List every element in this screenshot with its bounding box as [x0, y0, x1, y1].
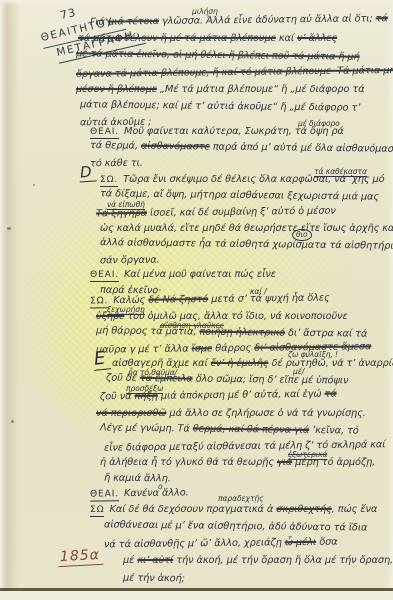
text-segment: ἡ ἀλήθεια ἦ τό γλυκό θά τά θεωρῇς — [100, 457, 277, 468]
manuscript-line: μέσον ἤ βλέπομε „Μέ τά μάτια βλέπουμε“ ἤ… — [76, 85, 365, 95]
text-segment: σάν ὄργανα. — [100, 255, 160, 267]
manuscript-line: ΘΕΑΙ. Μοῦ φαίνεται καλύτερα, Σωκράτη, τά… — [90, 127, 344, 137]
text-segment: ὅλο σῶμα; — [193, 374, 250, 386]
manuscript-line: ΘΕΑΙ. Καί μένα μοῦ φαίνεται πώς εἶνε — [90, 270, 276, 280]
manuscript-line: μέ κι’ αὐτί τήν ἀκοή, μέ τήν ὄραση ἤ ὅλα… — [123, 556, 393, 566]
interlinear-insertion: ο — [158, 482, 163, 491]
speaker-label: ΘΕΑΙ. — [90, 269, 119, 282]
text-segment: ὅσα — [316, 537, 338, 548]
text-segment: δι’ ἄστρα καί τά — [285, 328, 367, 340]
struck-text: τά — [324, 389, 336, 400]
struck-text: ν’ ἄλλες — [297, 33, 337, 44]
interlinear-insertion: παραδεχτῇς — [218, 494, 264, 503]
text-segment: δέ ρωτηθῶ, νά τ’ ἀναρρίξῃ — [268, 358, 393, 369]
text-segment: μαῦρα γ μέ τ’ ἄλλα — [96, 344, 192, 356]
speaker-label: ΘΕΑΙ. — [90, 488, 119, 501]
interlinear-insertion: ἐξωτερικά — [288, 450, 327, 460]
stephanus-page-185a: 185α — [58, 547, 104, 567]
text-segment: μά ἄλλο σε ζηλήρωσε ὁ νά τά γνωρίσῃς. — [166, 408, 365, 419]
speaker-label: ΣΩ. — [100, 174, 118, 187]
text-segment: τοῦ ὁμιλῶ μας, ἄλλα τό ἴδιο, νά κοινοποι… — [124, 311, 347, 322]
interlinear-insertion: θιο — [292, 229, 312, 241]
interlinear-insertion: καί / — [250, 287, 267, 296]
struck-text: ὦ μέλι — [285, 537, 317, 548]
interlinear-insertion: προσδέξω — [126, 384, 163, 394]
interlinear-insertion: μέ διάφορο — [298, 119, 340, 128]
manuscript-line: ἡ ἀλήθεια ἦ τό γλυκό θά τά θεωρῇς γιά μέ… — [100, 458, 375, 468]
page-number: 73 — [59, 5, 78, 25]
page-left-edge-shadow — [0, 0, 20, 600]
text-segment: Καί δέ θά δεχόσουν πραγματικά ἀ — [106, 504, 276, 515]
interlinear-insertion: τά καθέκαστα — [314, 167, 367, 177]
manuscript-line: τό κάθε τι. — [90, 159, 143, 169]
manuscript-line: ὡς καλά μυαλά, εἴτε μηδέ θά θεωρήσετε εἴ… — [100, 224, 393, 234]
manuscript-line: ΣΩ Καί δέ θά δεχόσουν πραγματικά ἀ σκριθ… — [90, 505, 377, 515]
speaker-label: ΣΩ — [90, 504, 104, 517]
text-segment: θάρρος — [212, 343, 254, 355]
text-segment: ἰσοεῖ, καί δέ συμβαίνῃ ξ’ αὐτό ὁ μέσον — [147, 206, 336, 219]
paper-speck — [11, 420, 14, 423]
manuscript-line: μέ τήν ἀκοή; — [123, 574, 185, 585]
text-segment: ὡς καλά μυαλά, εἴτε μηδέ θά θεωρήσετε εἴ… — [100, 223, 393, 234]
paper-speck — [7, 227, 11, 230]
interlinear-insertion: μέ/ — [293, 367, 304, 376]
paper-speck — [33, 184, 35, 186]
text-segment: Γιά — [90, 17, 108, 28]
interlinear-insertion: νά εἰπωθῆ — [107, 200, 145, 210]
manuscript-line: νά περιορισθῶ μά ἄλλο σε ζηλήρωσε ὁ νά τ… — [96, 409, 366, 419]
text-segment: Κανένα ἄλλο. — [121, 487, 189, 499]
text-segment: Καί μένα μοῦ φαίνεται πώς εἶνε — [121, 269, 276, 280]
text-segment: , πώς ἕνα — [332, 504, 378, 515]
text-segment: νά τά αἰσθανθῇς μ’ ὤ’ ἄλλο, χρειάζῃ — [104, 537, 285, 550]
text-segment: Λέγε μέ γνώμη. Τά — [100, 422, 193, 434]
text-segment: τό κάθε τι. — [90, 158, 143, 170]
interlinear-insertion: ξεχωρήση — [107, 305, 145, 315]
speaker-label: ΘΕΑΙ. — [90, 126, 119, 139]
manuscript-page: 73 ΘΕΑΙΤΗΤΟΥ ΜΕΤΑΓΡΑΦΗ D E 185α Γιά μιά … — [0, 0, 393, 600]
struck-text: αἰσθανόμαστε — [141, 141, 210, 153]
interlinear-insertion: ζω φυλαϊξη, ! — [288, 350, 338, 359]
text-segment: μέ τήν ἀκοή; — [123, 573, 185, 585]
page-bottom-margin — [0, 591, 393, 600]
struck-text: τά μάτια θέλουν ἤ μέ τά μάτια βλέπουμε — [78, 33, 276, 44]
interlinear-insertion: ἦα τό θαῦμα/ — [128, 368, 177, 377]
interlinear-insertion: μιλήση — [192, 7, 218, 16]
text-segment: καί — [276, 33, 297, 44]
struck-text: κι’ αὐτί — [137, 555, 173, 566]
text-segment: μετά σ’ τά ψυχή ἦα ὅλες — [208, 293, 330, 305]
struck-text: νά περιορισθῶ — [96, 408, 166, 419]
manuscript-line: τά μάτια θέλουν ἤ μέ τά μάτια βλέπουμε κ… — [78, 34, 337, 44]
struck-text: μέσον ἤ βλέπομε — [76, 84, 157, 95]
struck-text: ἔν’ ἡ ἐμιλῆς — [211, 358, 269, 369]
interlinear-insertion: αἴσθηση γλαῦκες — [160, 321, 224, 330]
speaker-label: ΣΩ. — [90, 295, 108, 308]
text-segment: τήν ἀκοή, μέ τήν ὄραση ἤ ὅλα μέ τήν ὄρασ… — [173, 555, 393, 566]
text-segment: μέ — [123, 555, 137, 566]
text-segment: ἴση δ’ εἴπε μέ ὑπόψιν — [249, 374, 348, 386]
struck-text: θερμά, καί θά πέρνα γιά — [193, 424, 310, 436]
text-segment: „Μέ τά μάτια βλέπουμε“ ἤ „μέ διάφορο τά — [157, 84, 365, 95]
page-right-edge — [386, 0, 393, 600]
text-segment: μιά ἀπόκριση μέ θ’ αὐτά, καί ἐγώ — [158, 389, 325, 402]
text-segment: ’κεῖνα, τό — [309, 425, 359, 437]
struck-text: δέ Νά ζηστό — [148, 294, 208, 306]
manuscript-line: ΘΕΑΙ. Κανένα ἄλλο. — [90, 488, 189, 499]
struck-text: ἴσμε — [191, 343, 212, 354]
struck-text: σκριθεχτής — [276, 504, 331, 515]
text-segment: τά θερμά, — [90, 140, 141, 152]
struck-text: μιά τέτοια — [108, 16, 159, 28]
struck-text: τά — [376, 13, 388, 24]
manuscript-line: σάν ὄργανα. — [100, 256, 160, 267]
